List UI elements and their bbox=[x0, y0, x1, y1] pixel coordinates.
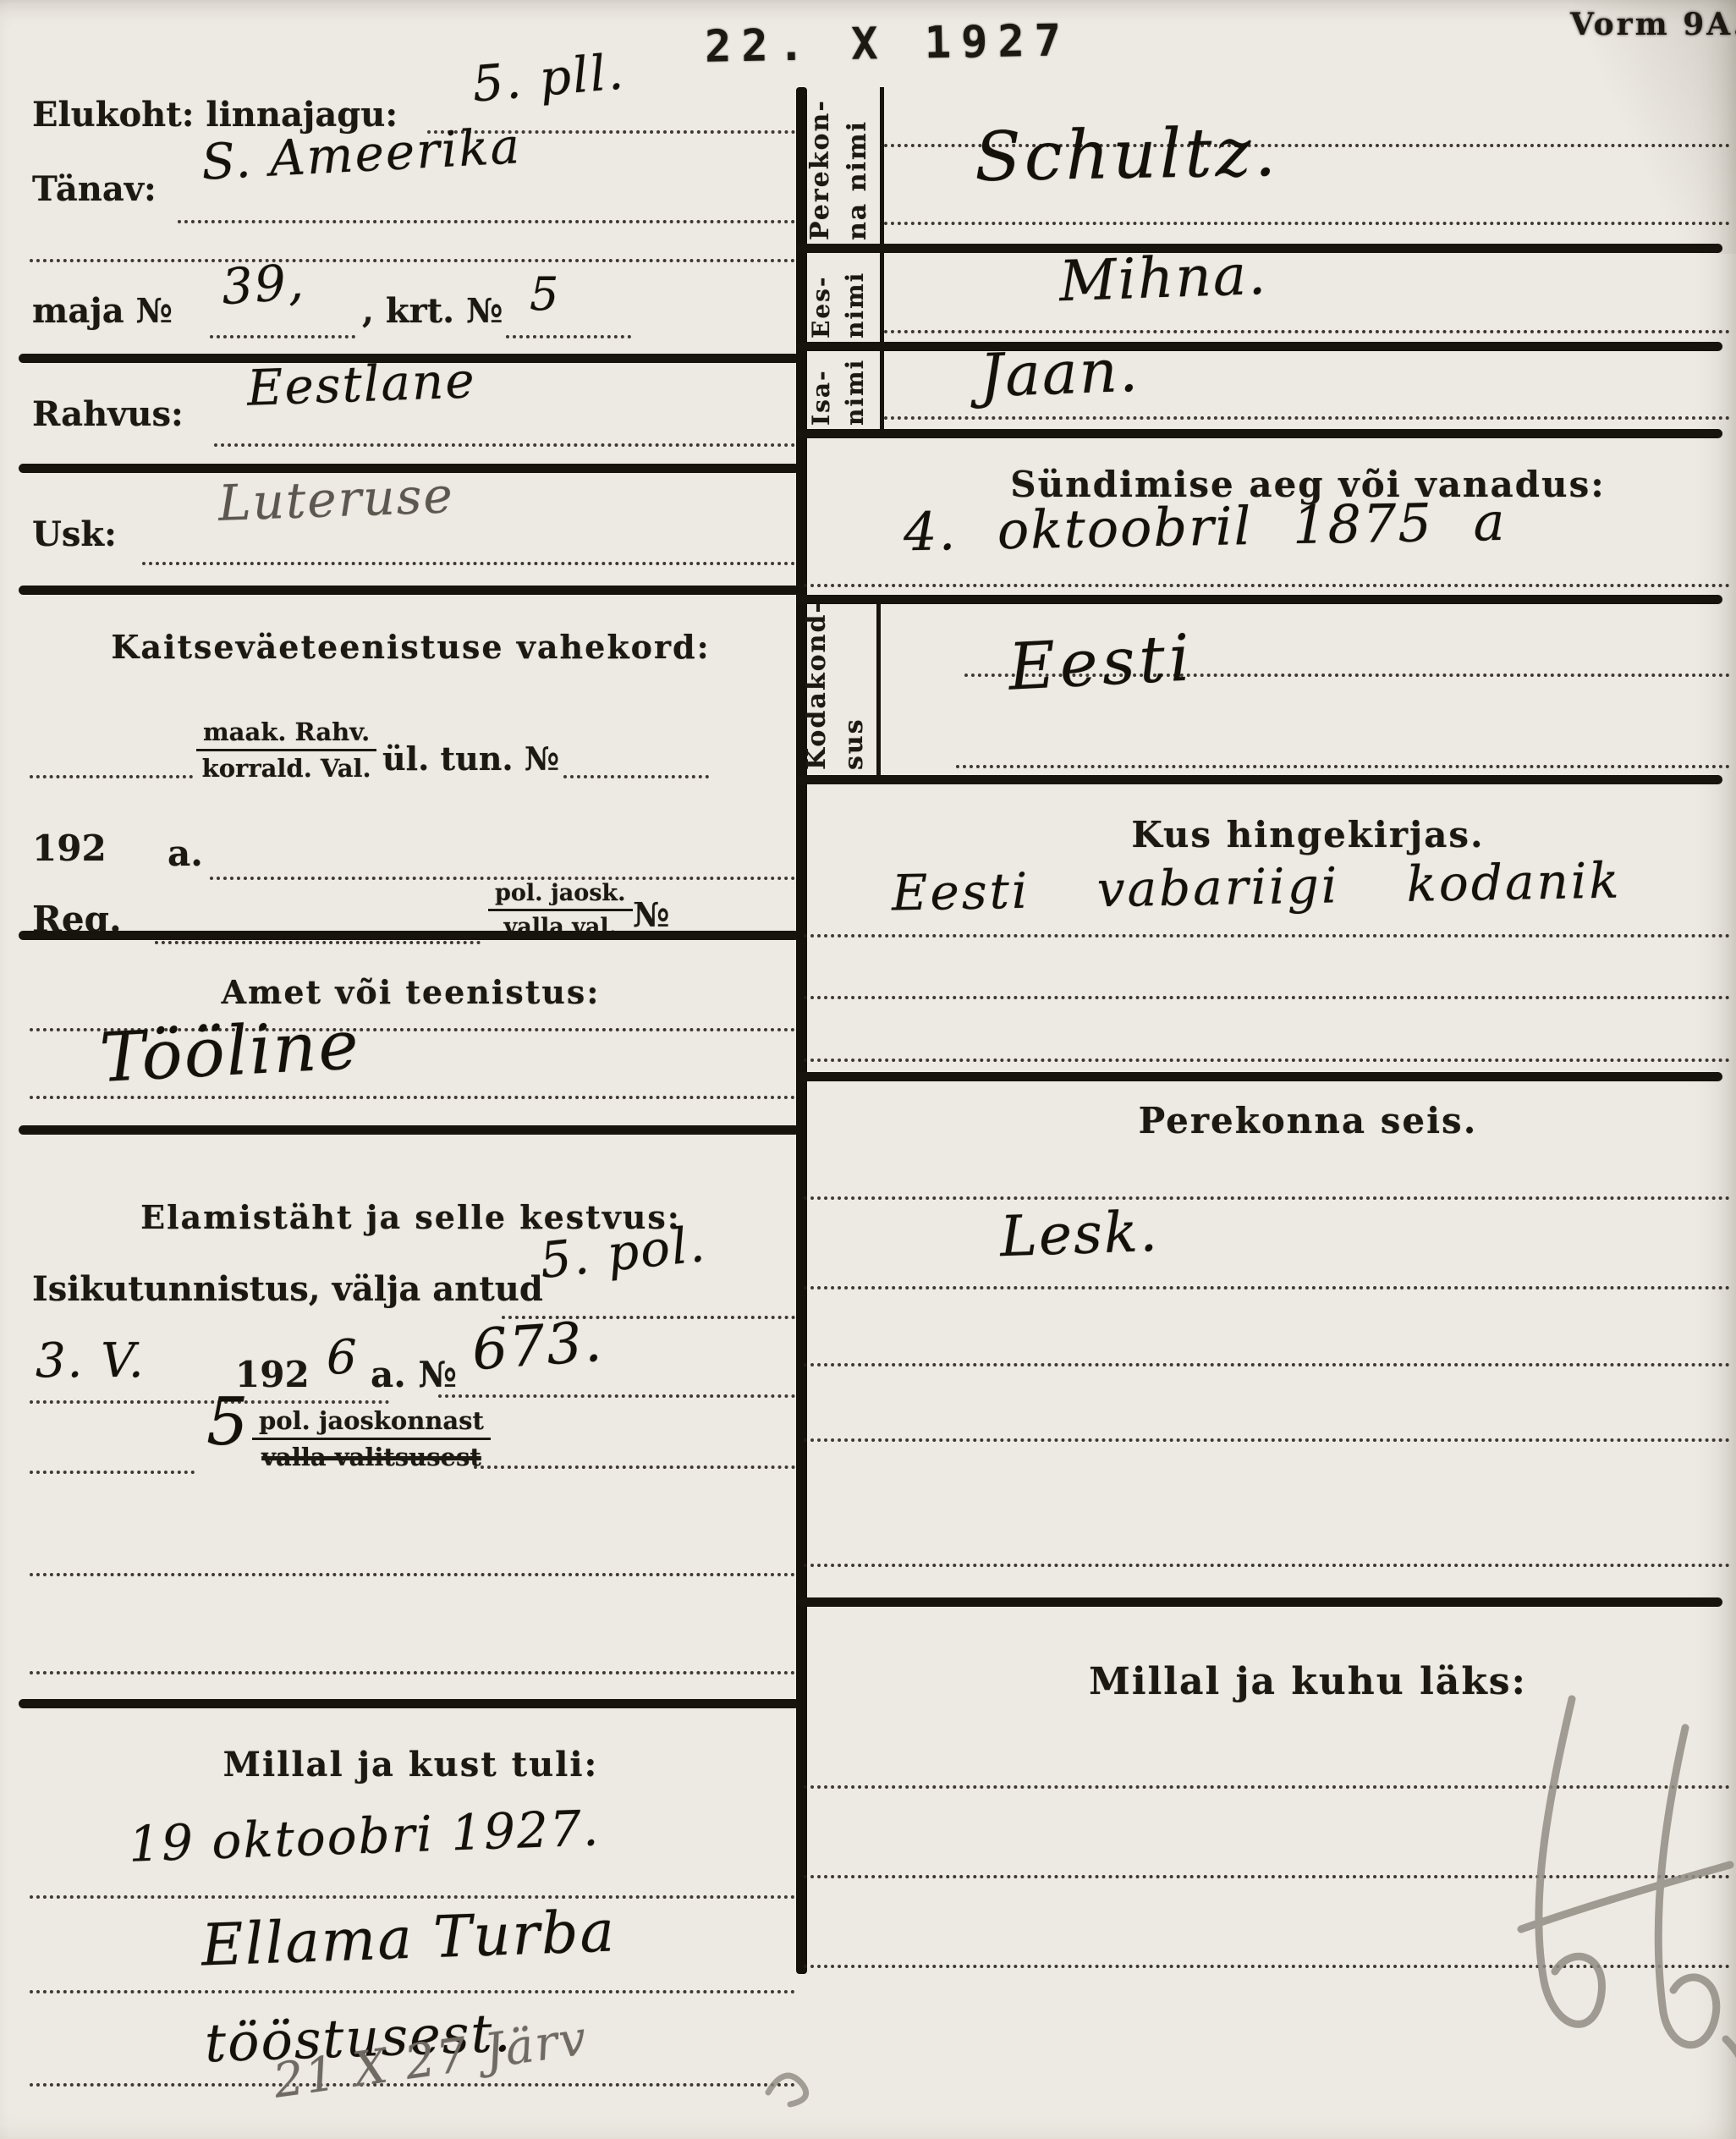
dotted-line bbox=[506, 335, 631, 338]
millal-tuli-heading: Millal ja kust tuli: bbox=[25, 1745, 796, 1784]
dotted-line bbox=[210, 335, 355, 338]
tuli-rida1: 19 oktoobri 1927. bbox=[128, 1799, 601, 1872]
usk-label: Usk: bbox=[32, 514, 117, 554]
usk-value: Luteruse bbox=[217, 466, 455, 532]
thick-rule bbox=[19, 1699, 799, 1708]
dotted-line bbox=[884, 416, 1730, 420]
label-cell-border bbox=[880, 87, 884, 244]
tunnistuse-nr: 673. bbox=[470, 1309, 606, 1383]
dotted-line bbox=[214, 443, 795, 447]
perekonnanimi-value: Schultz. bbox=[974, 113, 1280, 196]
perekonnanimi-label-line2: na nimi bbox=[843, 95, 872, 240]
a-nr-label: a. № bbox=[371, 1354, 457, 1395]
sundimise-value: 4. oktoobril 1875 a bbox=[903, 491, 1507, 563]
fraction-bottom-struck: valla valitsusest bbox=[252, 1440, 491, 1471]
nr-label: № bbox=[633, 895, 669, 935]
jaoskond-kasi: 5 bbox=[206, 1384, 250, 1460]
date-stamp: 22. X 1927 bbox=[705, 15, 1072, 73]
thick-rule bbox=[796, 1597, 1722, 1607]
dotted-line bbox=[30, 259, 795, 262]
isanimi-label-line2: nimi bbox=[841, 351, 869, 426]
thick-rule bbox=[796, 595, 1722, 604]
hingekirjas-value: Eesti vabariigi kodanik bbox=[891, 851, 1622, 921]
amet-heading: Amet või teenistus: bbox=[25, 973, 796, 1011]
column-divider bbox=[796, 87, 807, 1974]
perekonnanimi-label-line1: Perekon- bbox=[805, 95, 835, 240]
fraction-top: pol. jaoskonnast bbox=[252, 1406, 491, 1440]
dotted-line bbox=[804, 1059, 1730, 1062]
dotted-line bbox=[804, 1363, 1730, 1366]
kaitsevae-heading: Kaitseväeteenistuse vahekord: bbox=[25, 628, 796, 666]
thick-rule bbox=[796, 342, 1722, 351]
hingekirjas-heading: Kus hingekirjas. bbox=[880, 814, 1736, 855]
tanav-label: Tänav: bbox=[32, 169, 157, 209]
thick-rule bbox=[19, 931, 799, 940]
dotted-line bbox=[142, 562, 795, 565]
label-cell-border bbox=[880, 244, 884, 342]
dotted-line bbox=[155, 941, 481, 944]
pencil-scribble bbox=[1472, 1675, 1736, 2073]
elukoht-value: 5. pll. bbox=[470, 42, 627, 113]
dotted-line bbox=[30, 1471, 195, 1474]
pencil-mark bbox=[761, 2052, 838, 2120]
isanimi-value: Jaan. bbox=[979, 336, 1141, 411]
isanimi-label-line1: Isa- bbox=[807, 351, 835, 426]
dotted-line bbox=[804, 1438, 1730, 1442]
dotted-line bbox=[30, 1990, 795, 1993]
dotted-line bbox=[30, 775, 193, 778]
thick-rule bbox=[796, 1072, 1722, 1081]
dotted-line bbox=[30, 1573, 795, 1576]
dotted-line bbox=[956, 765, 1730, 768]
perekonnaseis-heading: Perekonna seis. bbox=[880, 1100, 1736, 1141]
dotted-line bbox=[884, 222, 1730, 225]
dotted-line bbox=[804, 1196, 1730, 1200]
fraction-bottom: korrald. Val. bbox=[196, 751, 376, 783]
eesnimi-label-line2: nimi bbox=[841, 254, 869, 338]
dotted-line bbox=[30, 1671, 795, 1674]
maja-label: maja № bbox=[32, 291, 173, 331]
dotted-line bbox=[804, 584, 1730, 587]
kodakondsus-value: Eesti bbox=[1007, 619, 1196, 704]
aasta-label: 192 bbox=[32, 828, 107, 869]
dotted-line bbox=[804, 996, 1730, 999]
fraction-top: maak. Rahv. bbox=[196, 718, 376, 751]
dotted-line bbox=[474, 1465, 795, 1469]
amet-value: Tööline bbox=[98, 1005, 362, 1097]
perekonnaseis-value: Lesk. bbox=[999, 1199, 1160, 1270]
thick-rule bbox=[19, 586, 799, 595]
tuli-rida2: Ellama Turba bbox=[201, 1898, 618, 1979]
dotted-line bbox=[178, 220, 795, 223]
thick-rule bbox=[796, 775, 1722, 784]
aasta2-kasi: 6 bbox=[327, 1330, 359, 1385]
krt-label: , krt. № bbox=[362, 291, 503, 331]
valjaantud-kuupaev: 3. V. bbox=[36, 1333, 146, 1388]
dotted-line bbox=[884, 330, 1730, 333]
a-label: a. bbox=[168, 833, 203, 874]
thick-rule bbox=[796, 429, 1722, 438]
rahvus-value: Eestlane bbox=[246, 351, 477, 416]
kodakondsus-label-line1: Kodakond- bbox=[802, 605, 832, 770]
dotted-line bbox=[804, 1286, 1730, 1289]
maak-rahv-fraction: maak. Rahv. korrald. Val. bbox=[196, 718, 376, 783]
form-number: Vorm 9A. bbox=[1570, 7, 1736, 42]
dotted-line bbox=[804, 1564, 1730, 1567]
jaoskonnast-fraction: pol. jaoskonnast valla valitsusest bbox=[252, 1406, 491, 1471]
registration-card: Vorm 9A. 22. X 1927 Elukoht: linnajagu: … bbox=[0, 0, 1736, 2139]
eesnimi-label-line1: Ees- bbox=[807, 254, 835, 338]
dotted-line bbox=[30, 1895, 795, 1899]
dotted-line bbox=[563, 775, 709, 778]
dotted-line bbox=[30, 1096, 795, 1099]
dotted-line bbox=[438, 1394, 795, 1398]
label-cell-border bbox=[876, 595, 881, 775]
ul-tun-label: ül. tun. № bbox=[382, 740, 559, 778]
rahvus-label: Rahvus: bbox=[32, 394, 184, 434]
krt-value: 5 bbox=[530, 267, 560, 321]
dotted-line bbox=[804, 934, 1730, 938]
kodakondsus-label-line2: sus bbox=[839, 605, 869, 770]
thick-rule bbox=[19, 1125, 799, 1135]
isikutunnistus-label: Isikutunnistus, välja antud bbox=[32, 1269, 543, 1309]
eesnimi-value: Mihna. bbox=[1058, 242, 1269, 315]
fraction-top: pol. jaosk. bbox=[488, 880, 633, 911]
maja-value: 39, bbox=[220, 253, 307, 316]
